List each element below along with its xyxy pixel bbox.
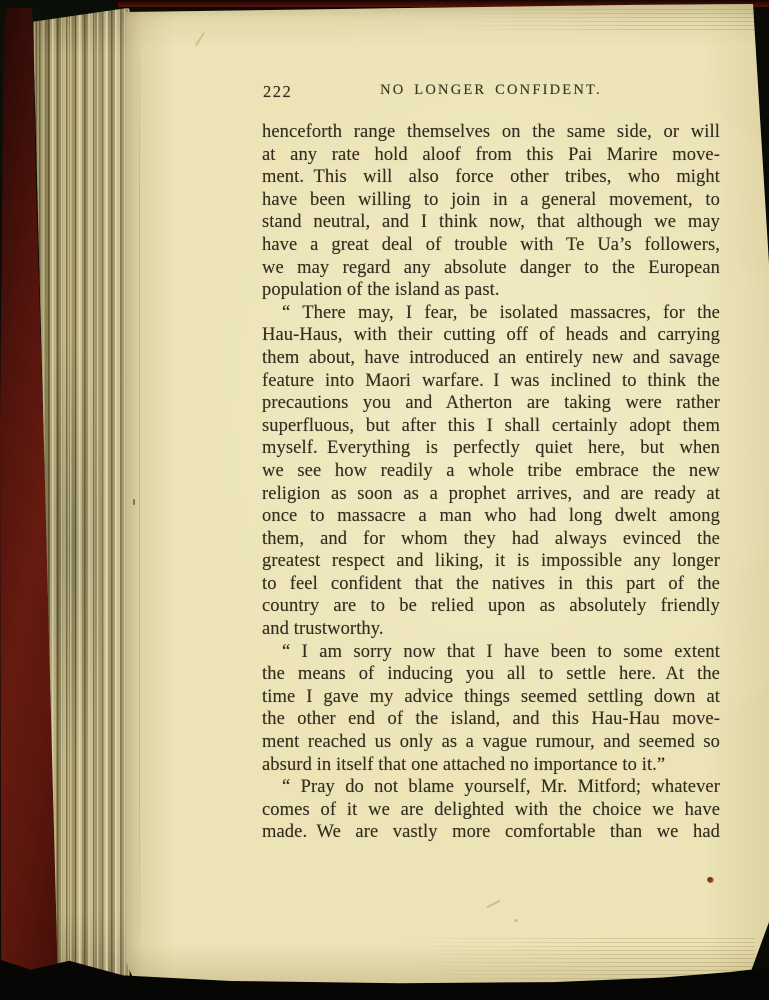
text-line: population of the island as past. xyxy=(262,279,720,302)
paragraph: “ Pray do not blame yourself, Mr. Mitfor… xyxy=(262,776,720,844)
text-line: feature into Maori warfare. I was inclin… xyxy=(262,370,720,393)
text-line: we see how readily a whole tribe embrace… xyxy=(262,460,720,483)
book-page: 222 NO LONGER CONFIDENT. henceforth rang… xyxy=(126,4,769,986)
text-line: stand neutral, and I think now, that alt… xyxy=(262,211,720,234)
paragraph: henceforth range themselves on the same … xyxy=(262,121,720,302)
text-line: and trustworthy. xyxy=(262,618,720,641)
page-number: 222 xyxy=(263,82,292,102)
text-line: time I gave my advice things seemed sett… xyxy=(262,686,720,709)
text-line: “ There may, I fear, be isolated massacr… xyxy=(262,302,720,325)
text-line: comes of it we are delighted with the ch… xyxy=(262,799,720,822)
text-line: precautions you and Atherton are taking … xyxy=(262,392,720,415)
text-line: we may regard any absolute danger to the… xyxy=(262,257,720,280)
text-line: ment. This will also force other tribes,… xyxy=(262,166,720,189)
scanned-book-photo: 222 NO LONGER CONFIDENT. henceforth rang… xyxy=(0,0,769,1000)
text-line: henceforth range themselves on the same … xyxy=(262,121,720,144)
body-text: henceforth range themselves on the same … xyxy=(262,121,720,844)
text-line: country are to be relied upon as absolut… xyxy=(262,595,720,618)
text-line: ment reached us only as a vague rumour, … xyxy=(262,731,720,754)
paper-fiber xyxy=(133,499,135,505)
text-line: them, and for whom they had always evinc… xyxy=(262,528,720,551)
paper-scratch xyxy=(486,900,500,909)
text-line: them about, have introduced an entirely … xyxy=(262,347,720,370)
paragraph: “ I am sorry now that I have been to som… xyxy=(262,641,720,777)
page-edge-lines-bottom-right xyxy=(405,938,755,980)
text-line: “ Pray do not blame yourself, Mr. Mitfor… xyxy=(262,776,720,799)
text-line: the other end of the island, and this Ha… xyxy=(262,708,720,731)
page-header: 222 NO LONGER CONFIDENT. xyxy=(262,82,720,104)
text-line: superfluous, but after this I shall cert… xyxy=(262,415,720,438)
text-line: Hau-Haus, with their cutting off of head… xyxy=(262,324,720,347)
running-header: NO LONGER CONFIDENT. xyxy=(262,82,720,99)
foxing-speck xyxy=(514,919,518,922)
paragraph: “ There may, I fear, be isolated massacr… xyxy=(262,302,720,641)
text-line: once to massacre a man who had long dwel… xyxy=(262,505,720,528)
foxing-speck xyxy=(706,876,715,884)
text-line: myself. Everything is perfectly quiet he… xyxy=(262,437,720,460)
page-edge-lines-top-right xyxy=(453,9,763,33)
page-crease xyxy=(139,4,140,986)
text-line: “ I am sorry now that I have been to som… xyxy=(262,641,720,664)
text-line: greatest respect and liking, it is impos… xyxy=(262,550,720,573)
printed-text-block: 222 NO LONGER CONFIDENT. henceforth rang… xyxy=(262,82,720,844)
text-line: to feel confident that the natives in th… xyxy=(262,573,720,596)
text-line: have a great deal of trouble with Te Ua’… xyxy=(262,234,720,257)
text-line: at any rate hold aloof from this Pai Mar… xyxy=(262,144,720,167)
text-line: the means of inducing you all to settle … xyxy=(262,663,720,686)
text-line: made. We are vastly more comfortable tha… xyxy=(262,821,720,844)
text-line: religion as soon as a prophet arrives, a… xyxy=(262,483,720,506)
text-line: absurd in itself that one attached no im… xyxy=(262,754,720,777)
text-line: have been willing to join in a general m… xyxy=(262,189,720,212)
paper-scratch xyxy=(195,32,205,47)
